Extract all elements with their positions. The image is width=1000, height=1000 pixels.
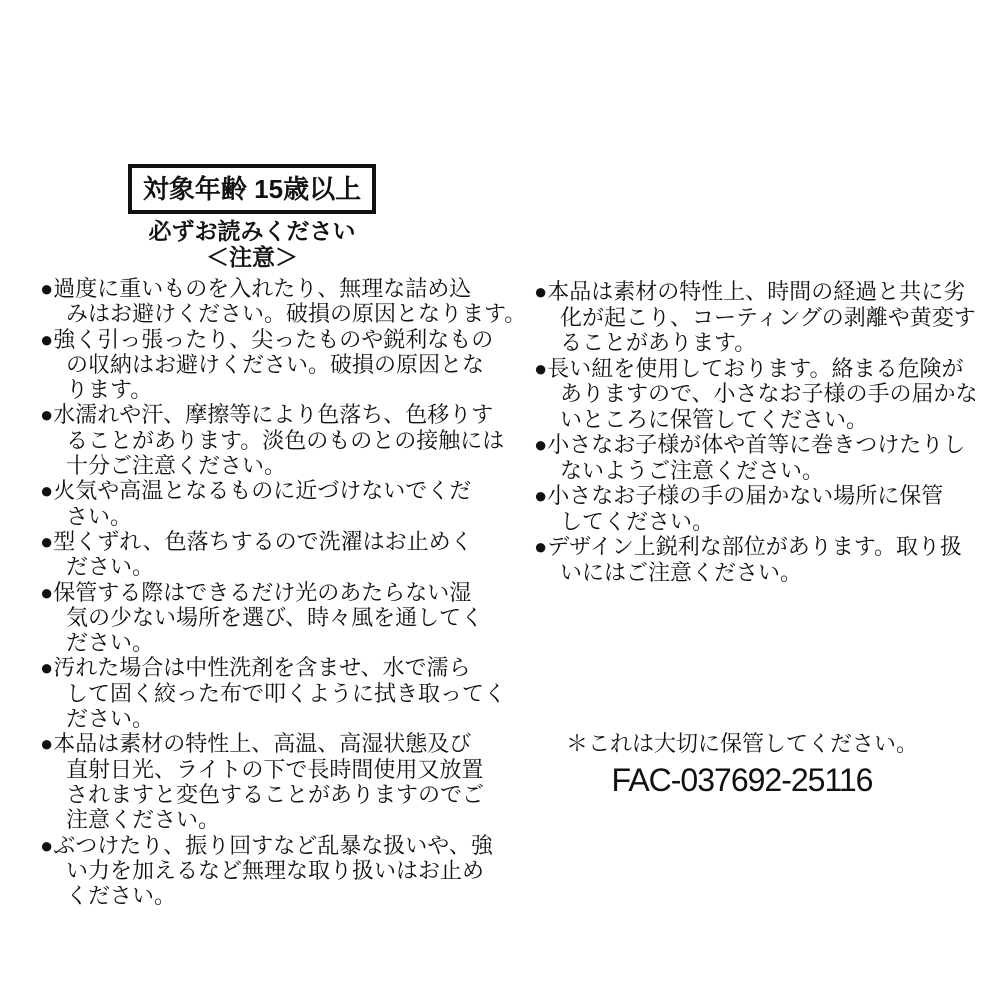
footer: ＊これは大切に保管してください。 FAC-037692-25116 — [530, 731, 954, 797]
list-item: ●本品は素材の特性上、高温、高湿状態及び 直射日光、ライトの下で長時間使用又放置… — [40, 731, 496, 832]
header: 対象年齢 15歳以上 必ずお読みください ＜注意＞ — [128, 164, 376, 270]
list-item: ●本品は素材の特性上、時間の経過と共に劣 化が起こり、コーティングの剥離や黄変す… — [534, 279, 990, 356]
list-item: ●汚れた場合は中性洗剤を含ませ、水で濡ら して固く絞った布で叩くように拭き取って… — [40, 655, 496, 731]
right-column: ●本品は素材の特性上、時間の経過と共に劣 化が起こり、コーティングの剥離や黄変す… — [534, 279, 990, 585]
list-item: ●強く引っ張ったり、尖ったものや鋭利なもの の収納はお避けください。破損の原因と… — [40, 327, 496, 403]
list-item: ●小さなお子様の手の届かない場所に保管 してください。 — [534, 483, 990, 534]
list-item: ●火気や高温となるものに近づけないでくだ さい。 — [40, 478, 496, 529]
list-item: ●ぶつけたり、振り回すなど乱暴な扱いや、強 い力を加えるなど無理な取り扱いはお止… — [40, 833, 496, 909]
list-item: ●型くずれ、色落ちするので洗濯はお止めく ださい。 — [40, 529, 496, 580]
caution-sheet: 対象年齢 15歳以上 必ずお読みください ＜注意＞ ●過度に重いものを入れたり、… — [0, 0, 1000, 1000]
age-restriction-box: 対象年齢 15歳以上 — [128, 164, 376, 214]
list-item: ●小さなお子様が体や首等に巻きつけたりし ないようご注意ください。 — [534, 432, 990, 483]
list-item: ●デザイン上鋭利な部位があります。取り扱 いにはご注意ください。 — [534, 534, 990, 585]
keep-note: ＊これは大切に保管してください。 — [530, 731, 954, 757]
list-item: ●水濡れや汗、摩擦等により色落ち、色移りす ることがあります。淡色のものとの接触… — [40, 402, 496, 478]
list-item: ●保管する際はできるだけ光のあたらない湿 気の少ない場所を選び、時々風を通してく… — [40, 580, 496, 656]
list-item: ●長い紐を使用しております。絡まる危険が ありますので、小さなお子様の手の届かな… — [534, 356, 990, 433]
list-item: ●過度に重いものを入れたり、無理な詰め込 みはお避けください。破損の原因となりま… — [40, 276, 496, 327]
product-code: FAC-037692-25116 — [530, 763, 954, 797]
left-column: ●過度に重いものを入れたり、無理な詰め込 みはお避けください。破損の原因となりま… — [40, 276, 496, 908]
caution-title: ＜注意＞ — [128, 244, 376, 270]
must-read-note: 必ずお読みください — [128, 218, 376, 244]
age-restriction-label: 対象年齢 15歳以上 — [143, 174, 361, 204]
